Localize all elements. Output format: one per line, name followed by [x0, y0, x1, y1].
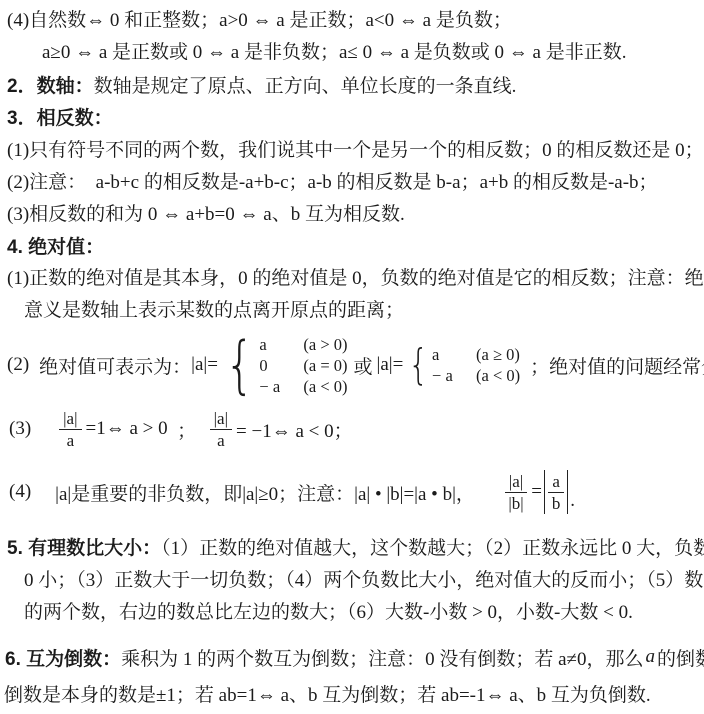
line-opposite-def: (1)只有符号不同的两个数，我们说其中一个是另一个的相反数；0 的相反数还是 0…	[7, 139, 704, 162]
line-compare-rationals: 5. 有理数比大小：（1）正数的绝对值越大，这个数越大；（2）正数永远比 0 大…	[7, 537, 704, 560]
abs-formula-lead: 绝对值可表示为：	[39, 352, 191, 379]
heading-opposite-numbers: 3．相反数：	[7, 108, 113, 129]
line-number-axis: 2．数轴：数轴是规定了原点、正方向、单位长度的一条直线.	[7, 75, 516, 98]
line-natural-numbers: (4)自然数⇔ 0 和正整数；a>0 ⇔ a 是正数；a<0 ⇔ a 是负数；	[7, 9, 512, 32]
ratio-negative-case: = −1⇔ a < 0；	[236, 416, 353, 443]
line-opposite-numbers: 3．相反数：	[7, 107, 113, 130]
fraction-numerator: a	[548, 472, 564, 493]
fraction-abs-a-over-a: |a|a	[59, 409, 81, 450]
line-abs-def-2: 意义是数轴上表示某数的点离开原点的距离；	[24, 299, 404, 322]
line-compare-rules-2: 0 小；（3）正数大于一切负数；（4）两个负数比大小，绝对值大的反而小；（5）数…	[24, 569, 704, 592]
left-brace-icon: {	[225, 334, 255, 396]
fraction-denominator: |b|	[508, 493, 523, 513]
heading-reciprocals: 6. 互为倒数：	[5, 644, 121, 671]
abs-piecewise-formula: (2) 绝对值可表示为： |a|= { a(a > 0) 0(a = 0) − …	[7, 333, 704, 397]
abs-nonnegative-formula: (4) |a|是重要的非负数，即|a|≥0；注意：|a| • |b|=|a • …	[9, 464, 575, 520]
line-compare-rules-3: 的两个数，右边的数总比左边的数大；（6）大数-小数 > 0，小数-大数 < 0.	[24, 601, 633, 624]
fraction-denominator: b	[552, 493, 561, 513]
compare-rules-1: （1）正数的绝对值越大，这个数越大；（2）正数永远比 0 大，负数永远比	[161, 538, 704, 559]
abs-of-fraction: ab	[542, 470, 570, 514]
line-opposite-note: (2)注意： a-b+c 的相反数是-a+b-c；a-b 的相反数是 b-a；a…	[7, 171, 658, 194]
abs-bar-icon	[544, 470, 545, 514]
sentence-period: .	[570, 490, 575, 520]
math-variable-a: a	[644, 646, 658, 668]
abs-formula-tail: ；绝对值的问题经常分类讨论；	[530, 352, 704, 379]
math-notes-page: (4)自然数⇔ 0 和正整数；a>0 ⇔ a 是正数；a<0 ⇔ a 是负数； …	[0, 0, 704, 714]
case-condition: (a ≥ 0)	[476, 344, 520, 365]
fraction-denominator: a	[67, 430, 75, 450]
reciprocal-statement-1: 乘积为 1 的两个数互为倒数；注意：0 没有倒数；若 a≠0，那么	[121, 644, 643, 671]
fraction-abs-a-over-abs-b: |a||b|	[505, 472, 527, 513]
left-brace-icon: {	[409, 343, 429, 387]
case-condition: (a = 0)	[303, 355, 347, 376]
case-condition: (a > 0)	[303, 334, 347, 355]
line-sign-conditions: a≥0 ⇔ a 是正数或 0 ⇔ a 是非负数；a≤ 0 ⇔ a 是负数或 0 …	[42, 41, 626, 64]
fraction-numerator: |a|	[59, 409, 81, 430]
number-axis-definition: 数轴是规定了原点、正方向、单位长度的一条直线.	[94, 76, 517, 97]
case-condition: (a < 0)	[476, 365, 520, 386]
case-value: 0	[259, 355, 303, 376]
line-opposite-sum: (3)相反数的和为 0 ⇔ a+b=0 ⇔ a、b 互为相反数.	[7, 203, 405, 226]
heading-compare-rationals: 5. 有理数比大小：	[7, 538, 161, 559]
cases-two: { a(a ≥ 0) − a(a < 0)	[405, 343, 520, 387]
case-row: a(a > 0)	[259, 334, 347, 355]
fraction-abs-a-over-a: |a|a	[210, 409, 232, 450]
item-prefix: (2)	[7, 354, 29, 376]
fraction-numerator: |a|	[505, 472, 527, 493]
or-connector: 或	[354, 352, 373, 379]
fraction-a-over-b: ab	[548, 472, 564, 513]
abs-lhs: |a|=	[191, 354, 218, 376]
line-abs-def-1: (1)正数的绝对值是其本身，0 的绝对值是 0，负数的绝对值是它的相反数；注意：…	[7, 267, 704, 290]
line-reciprocal-rules: 倒数是本身的数是±1；若 ab=1⇔ a、b 互为倒数；若 ab=-1⇔ a、b…	[4, 684, 651, 707]
case-value: a	[259, 334, 303, 355]
abs-lhs-2: |a|=	[377, 354, 404, 376]
item-prefix: (3)	[9, 418, 31, 440]
fraction-denominator: a	[217, 430, 225, 450]
reciprocal-statement-2: 的倒数是	[657, 644, 704, 671]
case-row: − a(a < 0)	[259, 376, 347, 397]
heading-absolute-value: 4. 绝对值：	[7, 237, 104, 258]
separator: ；	[168, 416, 206, 443]
heading-number-axis: 2．数轴：	[7, 76, 94, 97]
ratio-positive-case: =1⇔ a > 0	[86, 418, 168, 440]
case-condition: (a < 0)	[303, 376, 347, 397]
item-prefix: (4)	[9, 481, 31, 503]
line-absolute-value: 4. 绝对值：	[7, 236, 104, 259]
nonneg-statement: |a|是重要的非负数，即|a|≥0；注意：|a| • |b|=|a • b|，	[55, 479, 475, 506]
case-row: − a(a < 0)	[432, 365, 520, 386]
fraction-numerator: |a|	[210, 409, 232, 430]
abs-bar-icon	[567, 470, 568, 514]
cases-three: { a(a > 0) 0(a = 0) − a(a < 0)	[220, 334, 348, 397]
line-reciprocals: 6. 互为倒数： 乘积为 1 的两个数互为倒数；注意：0 没有倒数；若 a≠0，…	[5, 633, 704, 681]
case-row: 0(a = 0)	[259, 355, 347, 376]
equals-sign: =	[531, 481, 542, 503]
case-value: − a	[259, 376, 303, 397]
abs-ratio-formula: (3) |a|a =1⇔ a > 0 ； |a|a = −1⇔ a < 0；	[9, 401, 353, 457]
case-row: a(a ≥ 0)	[432, 344, 520, 365]
case-value: − a	[432, 365, 476, 386]
case-value: a	[432, 344, 476, 365]
